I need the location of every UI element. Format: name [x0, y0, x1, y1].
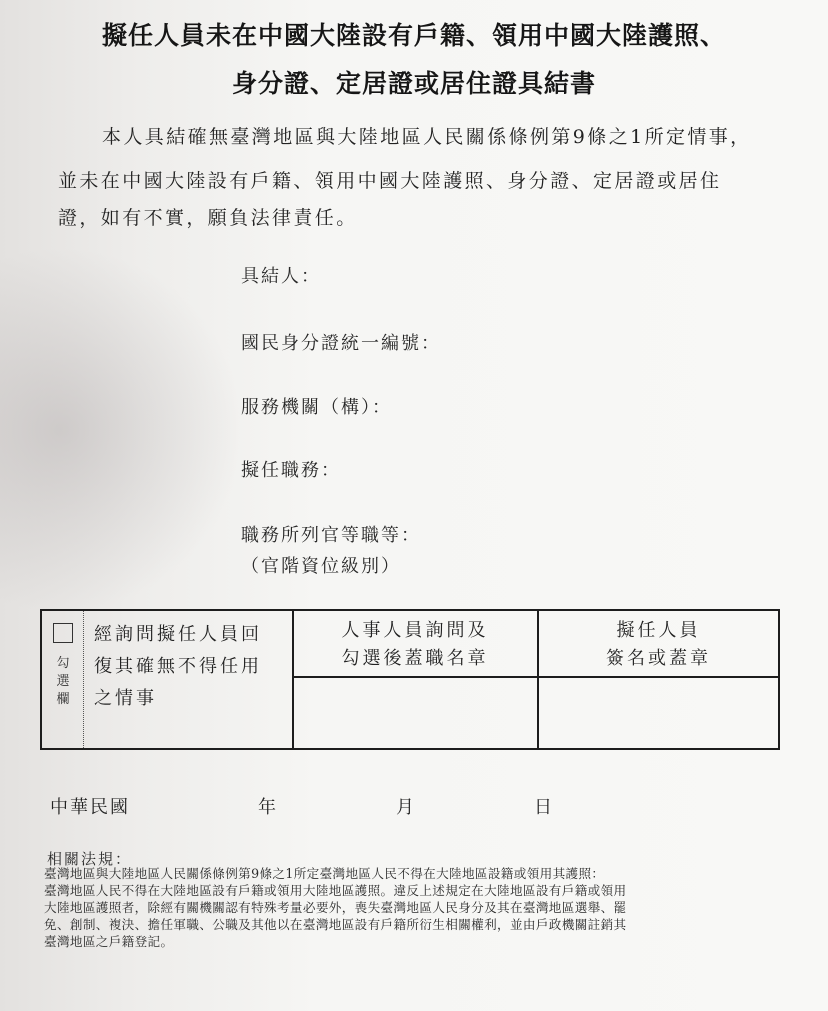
signer-header-line: 簽名或蓋章: [539, 645, 778, 673]
date-day-label[interactable]: 日: [534, 793, 554, 819]
hr-officer-header: 人事人員詢問及 勾選後蓋職名章: [293, 611, 537, 678]
description-line: 經詢問擬任人員回: [94, 619, 290, 651]
description-line: 復其確無不得任用: [94, 651, 290, 683]
check-label-char: 欄: [55, 691, 71, 709]
check-label-char: 選: [55, 673, 71, 691]
date-era: 中華民國: [50, 793, 130, 819]
field-proposed-position[interactable]: 擬任職務：: [241, 456, 341, 482]
regulation-text-line: 免、創制、複決、擔任軍職、公職及其他以在臺灣地區設有戶籍所衍生相關權利，並由戶政…: [44, 917, 626, 932]
field-employer-agency[interactable]: 服務機關（構）：: [241, 393, 392, 419]
description-line: 之情事: [94, 683, 290, 715]
hr-officer-stamp-cell[interactable]: [293, 678, 537, 750]
appointee-column: 擬任人員 簽名或蓋章: [539, 611, 778, 748]
confirmation-checkbox[interactable]: [53, 623, 73, 643]
hr-officer-column: 人事人員詢問及 勾選後蓋職名章: [293, 611, 539, 748]
document-title-line-2: 身分證、定居證或居住證具結書: [0, 64, 828, 100]
field-national-id[interactable]: 國民身分證統一編號：: [241, 329, 441, 355]
field-rank-grade[interactable]: 職務所列官等職等：: [241, 521, 421, 547]
appointee-signature-cell[interactable]: [539, 678, 778, 750]
declaration-paragraph-line-3: 證，如有不實，願負法律責任。: [58, 203, 793, 230]
declaration-paragraph-line-2: 並未在中國大陸設有戶籍、領用中國大陸護照、身分證、定居證或居住: [58, 166, 793, 193]
document-title-line-1: 擬任人員未在中國大陸設有戶籍、領用中國大陸護照、: [0, 16, 828, 52]
regulation-text-line: 臺灣地區與大陸地區人民關係條例第9條之1所定臺灣地區人民不得在大陸地區設籍或領用…: [44, 866, 604, 881]
description-column: 經詢問擬任人員回 復其確無不得任用 之情事: [84, 611, 294, 748]
signer-header-line: 擬任人員: [539, 617, 778, 645]
field-rank-grade-note: （官階資位級別）: [241, 552, 401, 578]
date-year-label[interactable]: 年: [258, 793, 278, 819]
paper-page: 擬任人員未在中國大陸設有戶籍、領用中國大陸護照、 身分證、定居證或居住證具結書 …: [0, 0, 828, 1011]
verification-table: 勾 選 欄 經詢問擬任人員回 復其確無不得任用 之情事 人事人員詢問及 勾選後蓋…: [40, 609, 780, 750]
appointee-header: 擬任人員 簽名或蓋章: [539, 611, 778, 678]
hr-header-line: 勾選後蓋職名章: [293, 645, 537, 673]
check-column-label: 勾 選 欄: [55, 655, 71, 709]
check-column: 勾 選 欄: [42, 611, 84, 748]
hr-header-line: 人事人員詢問及: [293, 617, 537, 645]
regulation-text-line: 臺灣地區之戶籍登記。: [44, 934, 173, 949]
declaration-paragraph-line-1: 本人具結確無臺灣地區與大陸地區人民關係條例第9條之1所定情事，: [102, 122, 828, 149]
date-month-label[interactable]: 月: [396, 793, 416, 819]
regulation-text-line: 大陸地區護照者，除經有關機關認有特殊考量必要外，喪失臺灣地區人民身分及其在臺灣地…: [44, 900, 626, 915]
field-declarant[interactable]: 具結人：: [241, 262, 321, 288]
verification-description: 經詢問擬任人員回 復其確無不得任用 之情事: [94, 619, 290, 715]
regulation-text-line: 臺灣地區人民不得在大陸地區設有戶籍或領用大陸地區護照。違反上述規定在大陸地區設有…: [44, 883, 626, 898]
check-label-char: 勾: [55, 655, 71, 673]
